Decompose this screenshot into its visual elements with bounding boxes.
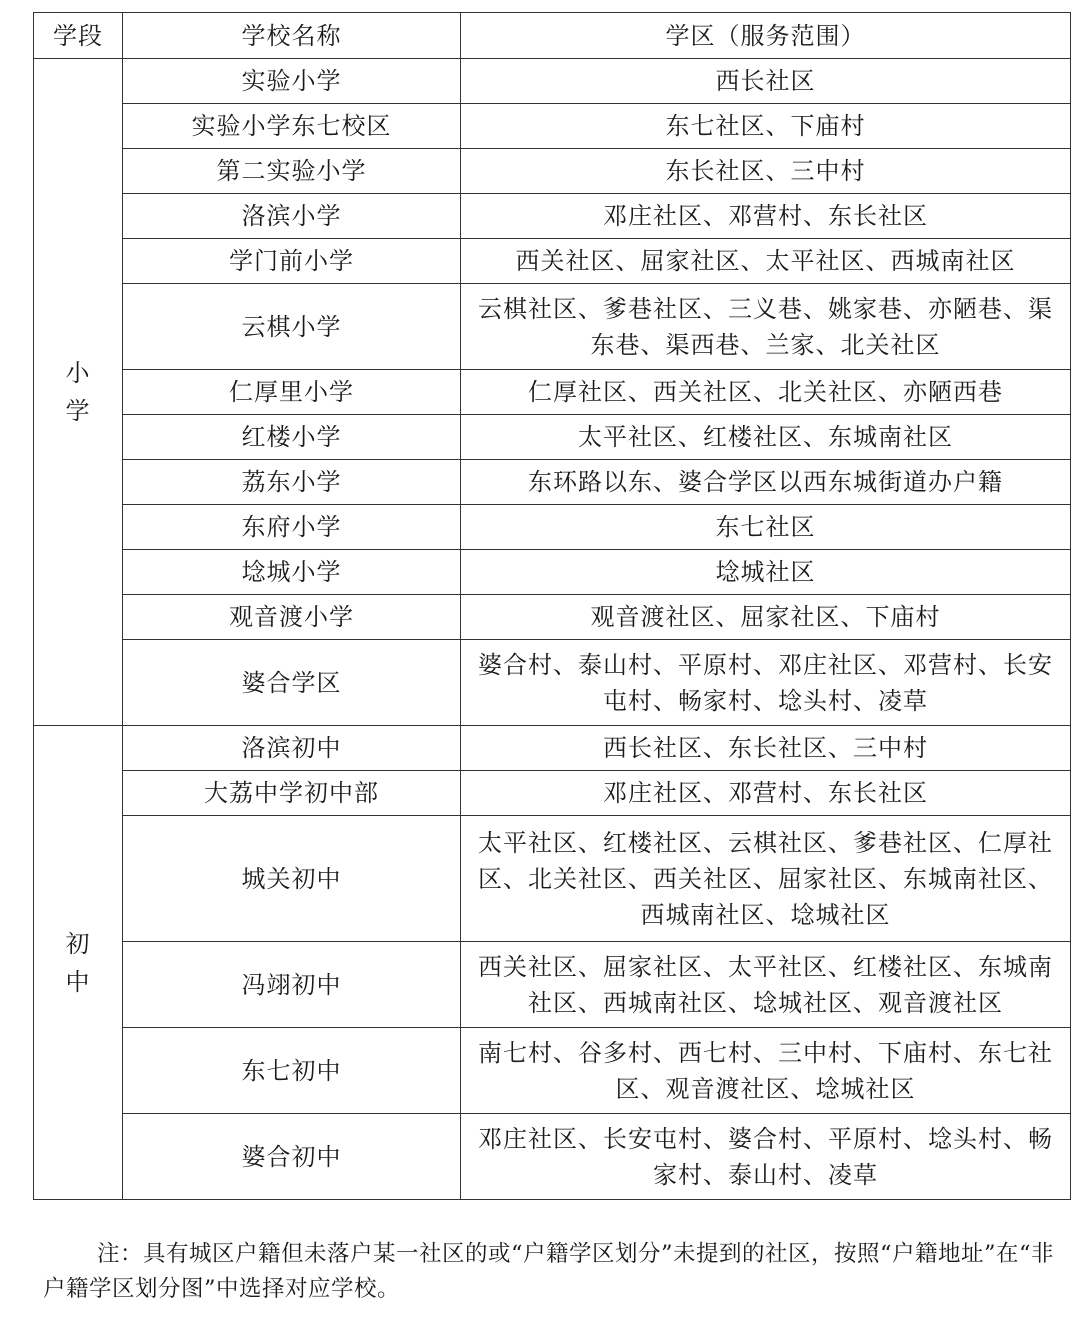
- table-row: 大荔中学初中部 邓庄社区、邓营村、东长社区: [34, 771, 1071, 816]
- header-area: 学区（服务范围）: [461, 13, 1071, 59]
- header-row: 学段 学校名称 学区（服务范围）: [34, 13, 1071, 59]
- header-stage: 学段: [34, 13, 123, 59]
- service-area: 西关社区、屈家社区、太平社区、西城南社区: [461, 239, 1071, 284]
- service-area: 东七社区、下庙村: [461, 104, 1071, 149]
- table-row: 冯翊初中 西关社区、屈家社区、太平社区、红楼社区、东城南社区、西城南社区、埝城社…: [34, 942, 1071, 1028]
- service-area: 东七社区: [461, 505, 1071, 550]
- table-row: 观音渡小学 观音渡社区、屈家社区、下庙村: [34, 595, 1071, 640]
- school-name: 红楼小学: [123, 415, 461, 460]
- service-area: 太平社区、红楼社区、东城南社区: [461, 415, 1071, 460]
- table-row: 婆合初中 邓庄社区、长安屯村、婆合村、平原村、埝头村、畅家村、泰山村、凌草: [34, 1114, 1071, 1200]
- table-row: 第二实验小学 东长社区、三中村: [34, 149, 1071, 194]
- school-name: 学门前小学: [123, 239, 461, 284]
- table-row: 城关初中 太平社区、红楼社区、云棋社区、爹巷社区、仁厚社区、北关社区、西关社区、…: [34, 816, 1071, 942]
- service-area: 西关社区、屈家社区、太平社区、红楼社区、东城南社区、西城南社区、埝城社区、观音渡…: [461, 942, 1071, 1028]
- school-name: 婆合学区: [123, 640, 461, 726]
- school-name: 埝城小学: [123, 550, 461, 595]
- stage-junior: 初中: [34, 726, 123, 1200]
- service-area: 西长社区、东长社区、三中村: [461, 726, 1071, 771]
- table-row: 东七初中 南七村、谷多村、西七村、三中村、下庙村、东七社区、观音渡社区、埝城社区: [34, 1028, 1071, 1114]
- table-row: 洛滨小学 邓庄社区、邓营村、东长社区: [34, 194, 1071, 239]
- school-name: 仁厚里小学: [123, 370, 461, 415]
- school-name: 城关初中: [123, 816, 461, 942]
- school-name: 东府小学: [123, 505, 461, 550]
- footnote: 注：具有城区户籍但未落户某一社区的或“户籍学区划分”未提到的社区，按照“户籍地址…: [43, 1237, 1063, 1307]
- service-area: 邓庄社区、长安屯村、婆合村、平原村、埝头村、畅家村、泰山村、凌草: [461, 1114, 1071, 1200]
- school-name: 洛滨小学: [123, 194, 461, 239]
- service-area: 邓庄社区、邓营村、东长社区: [461, 771, 1071, 816]
- stage-primary: 小学: [34, 59, 123, 726]
- table-row: 红楼小学 太平社区、红楼社区、东城南社区: [34, 415, 1071, 460]
- service-area: 东长社区、三中村: [461, 149, 1071, 194]
- school-name: 东七初中: [123, 1028, 461, 1114]
- table-row: 仁厚里小学 仁厚社区、西关社区、北关社区、亦陋西巷: [34, 370, 1071, 415]
- school-name: 第二实验小学: [123, 149, 461, 194]
- school-name: 实验小学东七校区: [123, 104, 461, 149]
- service-area: 太平社区、红楼社区、云棋社区、爹巷社区、仁厚社区、北关社区、西关社区、屈家社区、…: [461, 816, 1071, 942]
- table-row: 荔东小学 东环路以东、婆合学区以西东城街道办户籍: [34, 460, 1071, 505]
- school-name: 冯翊初中: [123, 942, 461, 1028]
- table-row: 小学 实验小学 西长社区: [34, 59, 1071, 104]
- school-name: 实验小学: [123, 59, 461, 104]
- school-name: 荔东小学: [123, 460, 461, 505]
- school-name: 洛滨初中: [123, 726, 461, 771]
- service-area: 埝城社区: [461, 550, 1071, 595]
- service-area: 婆合村、泰山村、平原村、邓庄社区、邓营村、长安屯村、畅家村、埝头村、凌草: [461, 640, 1071, 726]
- school-district-table: 学段 学校名称 学区（服务范围） 小学 实验小学 西长社区 实验小学东七校区 东…: [33, 12, 1071, 1200]
- service-area: 观音渡社区、屈家社区、下庙村: [461, 595, 1071, 640]
- table-row: 初中 洛滨初中 西长社区、东长社区、三中村: [34, 726, 1071, 771]
- service-area: 东环路以东、婆合学区以西东城街道办户籍: [461, 460, 1071, 505]
- service-area: 西长社区: [461, 59, 1071, 104]
- service-area: 南七村、谷多村、西七村、三中村、下庙村、东七社区、观音渡社区、埝城社区: [461, 1028, 1071, 1114]
- table-row: 实验小学东七校区 东七社区、下庙村: [34, 104, 1071, 149]
- school-name: 观音渡小学: [123, 595, 461, 640]
- school-name: 大荔中学初中部: [123, 771, 461, 816]
- service-area: 仁厚社区、西关社区、北关社区、亦陋西巷: [461, 370, 1071, 415]
- service-area: 邓庄社区、邓营村、东长社区: [461, 194, 1071, 239]
- table-row: 学门前小学 西关社区、屈家社区、太平社区、西城南社区: [34, 239, 1071, 284]
- school-name: 婆合初中: [123, 1114, 461, 1200]
- table-row: 东府小学 东七社区: [34, 505, 1071, 550]
- stage-primary-label: 小学: [65, 354, 91, 430]
- service-area: 云棋社区、爹巷社区、三义巷、姚家巷、亦陋巷、渠东巷、渠西巷、兰家、北关社区: [461, 284, 1071, 370]
- header-school: 学校名称: [123, 13, 461, 59]
- stage-junior-label: 初中: [65, 925, 91, 1001]
- school-name: 云棋小学: [123, 284, 461, 370]
- table-row: 埝城小学 埝城社区: [34, 550, 1071, 595]
- table-row: 婆合学区 婆合村、泰山村、平原村、邓庄社区、邓营村、长安屯村、畅家村、埝头村、凌…: [34, 640, 1071, 726]
- table-row: 云棋小学 云棋社区、爹巷社区、三义巷、姚家巷、亦陋巷、渠东巷、渠西巷、兰家、北关…: [34, 284, 1071, 370]
